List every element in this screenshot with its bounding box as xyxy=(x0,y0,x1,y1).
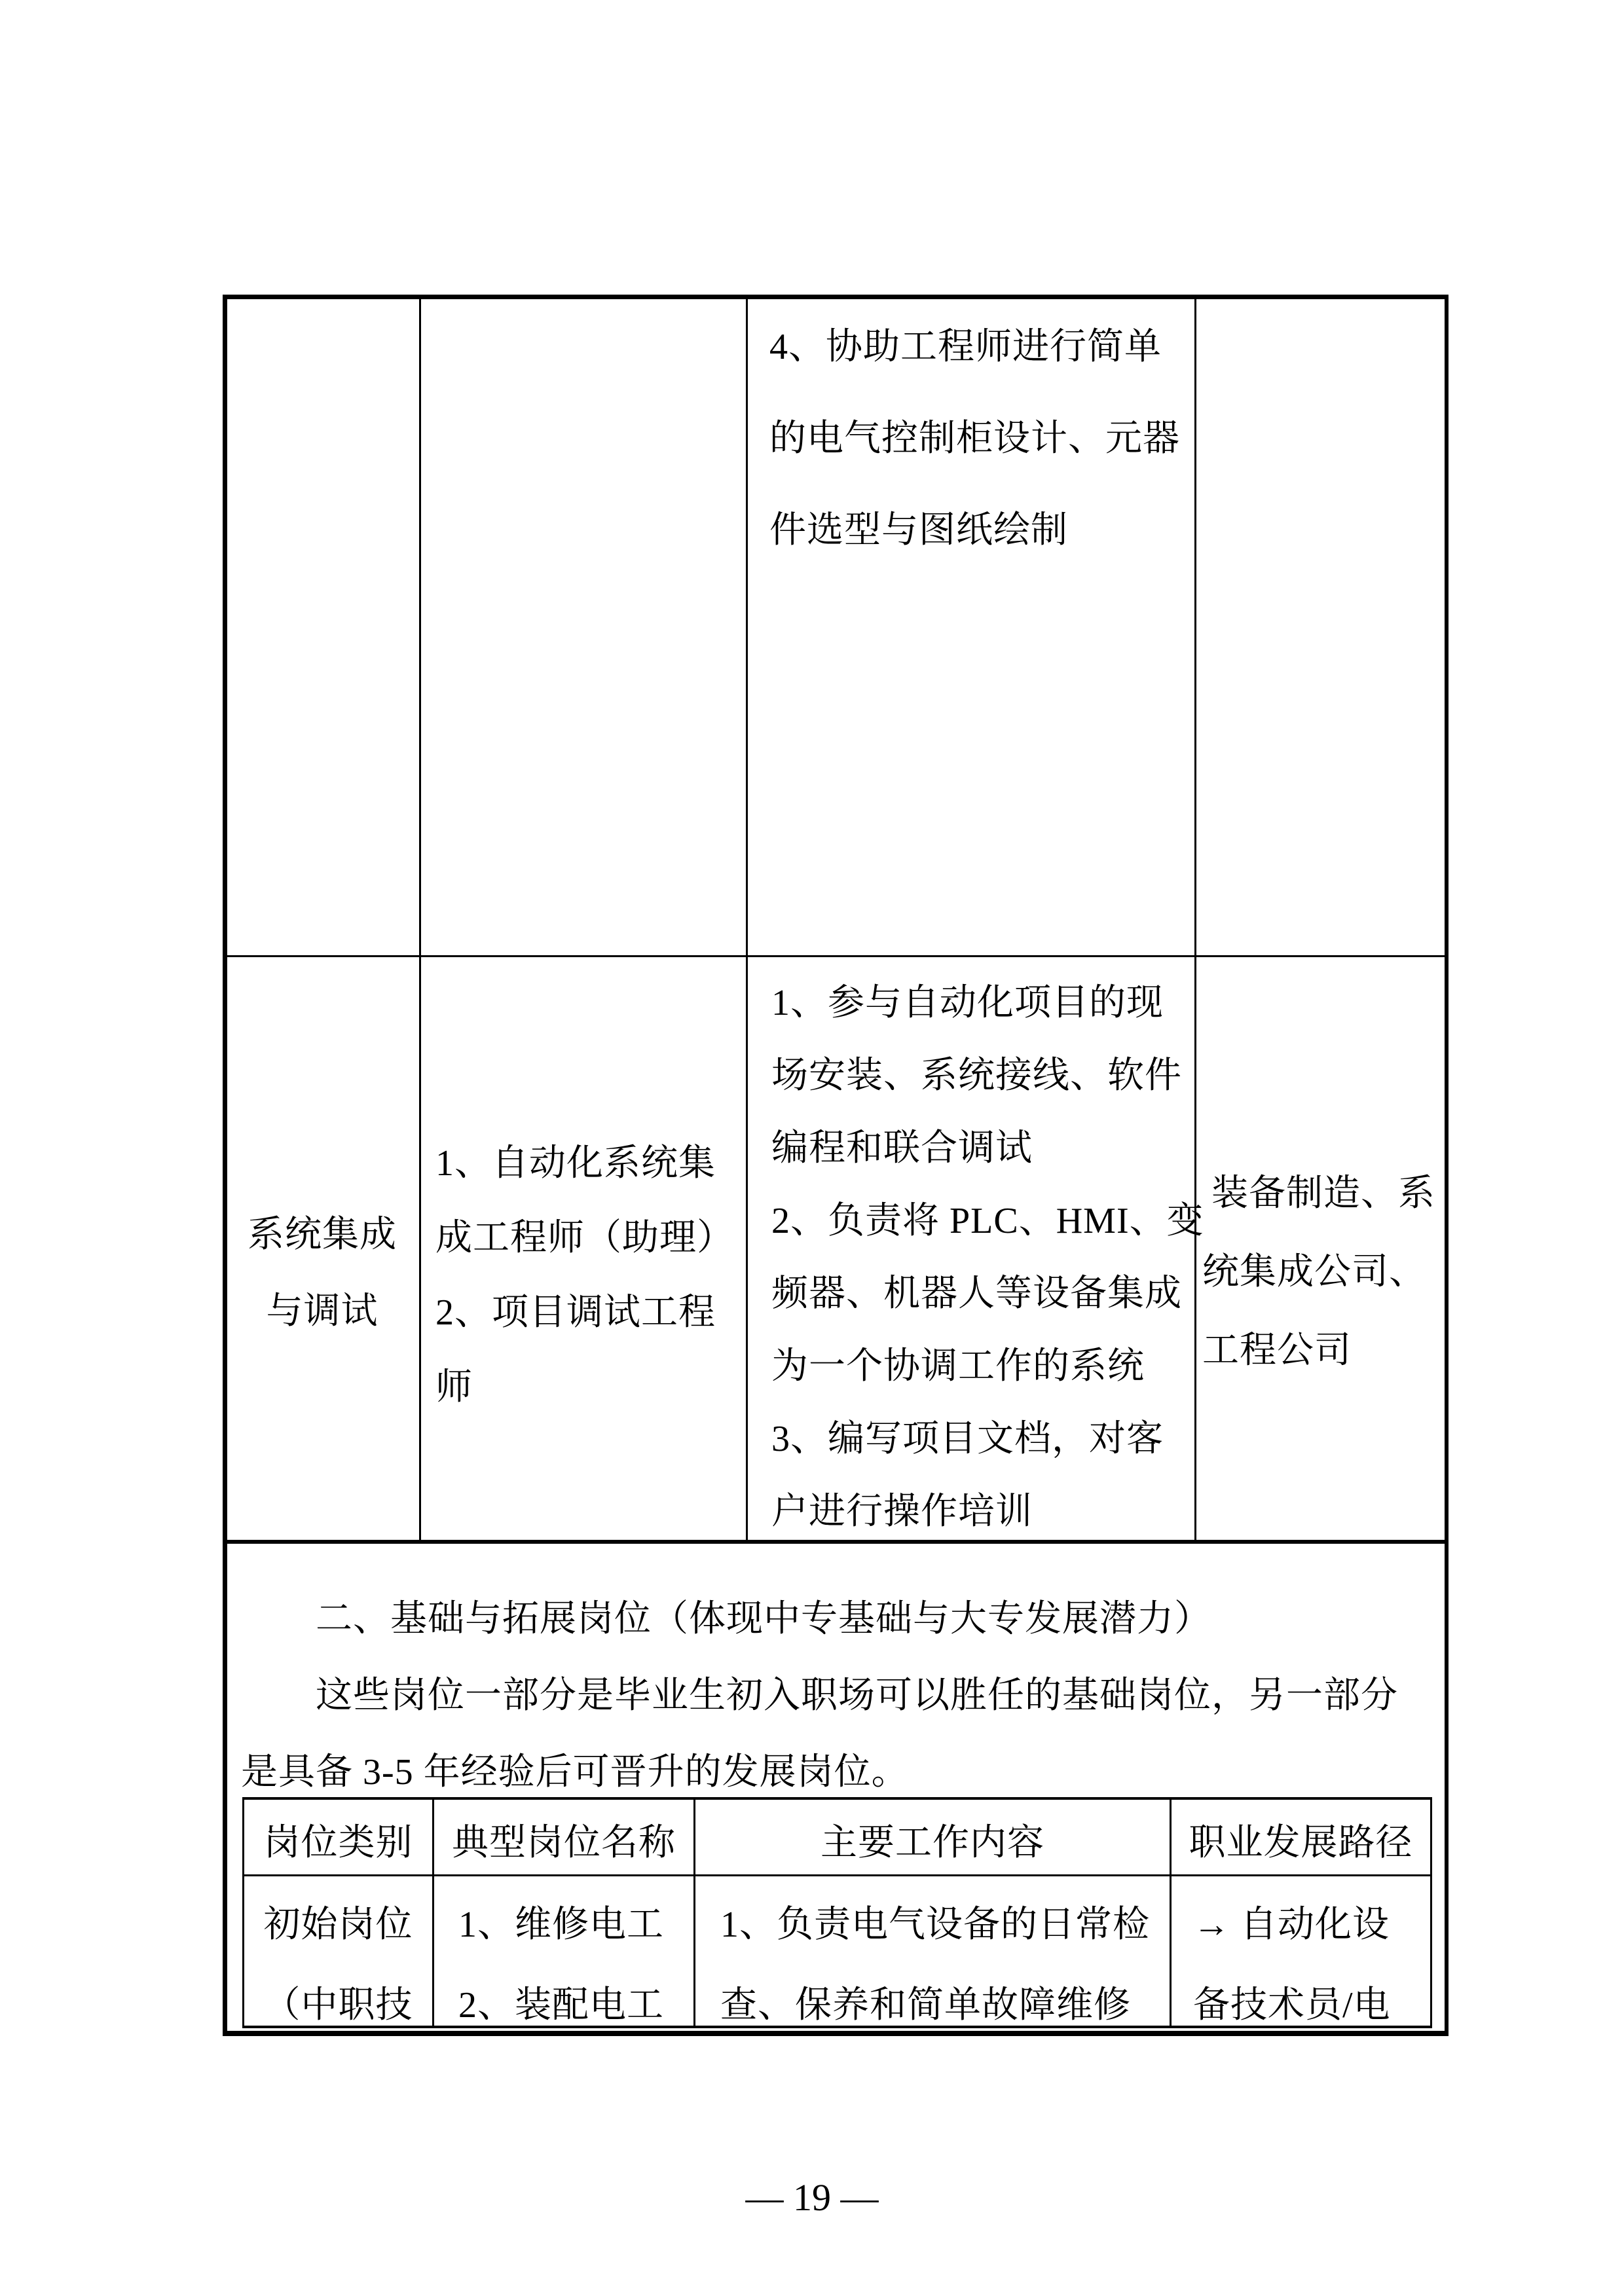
table2-row1-col2-line: 2、装配电工 xyxy=(458,1982,664,2028)
table2-header-cell: 岗位类别 xyxy=(244,1820,432,1866)
table1-divider-col1 xyxy=(419,299,421,1543)
table1-divider-col3 xyxy=(1194,299,1196,1543)
outer-border-top xyxy=(223,295,1449,299)
table1-rowB-col3-line: 户进行操作培训 xyxy=(771,1489,1033,1535)
table1-rowB-col2-line: 成工程师（助理） xyxy=(435,1215,734,1261)
table1-rowB-col2-line: 2、项目调试工程 xyxy=(435,1290,716,1336)
table1-rowB-col2-line: 师 xyxy=(435,1364,473,1410)
table1-rowB-col3-line: 3、编写项目文档，对客 xyxy=(771,1416,1164,1462)
table1-rowB-col4-line: 工程公司 xyxy=(1202,1328,1352,1374)
table1-rowB-col1-line: 系统集成 xyxy=(225,1212,420,1258)
table1-rowB-col3-line: 编程和联合调试 xyxy=(771,1125,1033,1171)
section-body-line: 这些岗位一部分是毕业生初入职场可以胜任的基础岗位，另一部分 xyxy=(316,1673,1398,1719)
table2-row1-col4-line: → 自动化设 xyxy=(1193,1902,1390,1948)
outer-border-right xyxy=(1445,295,1449,2036)
table1-rowA-col3-line: 的电气控制柜设计、元器 xyxy=(769,416,1180,462)
table2-border-top xyxy=(242,1797,1432,1800)
table1-rowB-col3-line: 场安装、系统接线、软件 xyxy=(771,1053,1182,1099)
table1-rowA-col3-line: 4、协助工程师进行简单 xyxy=(769,324,1162,370)
table2-row1-col1-line: 初始岗位 xyxy=(244,1902,432,1948)
table1-rowA-col3-line: 件选型与图纸绘制 xyxy=(769,507,1068,553)
table2-border-right xyxy=(1430,1797,1432,2028)
table1-divider-col2 xyxy=(746,299,748,1543)
table1-rowB-col3-line: 1、参与自动化项目的现 xyxy=(771,980,1164,1026)
outer-border-bottom xyxy=(223,2031,1449,2036)
table1-border-bottom xyxy=(225,1540,1447,1544)
table2-row1-col2-line: 1、维修电工 xyxy=(458,1902,664,1948)
page-number: — 19 — xyxy=(0,2177,1624,2219)
table2-header-divider xyxy=(242,1874,1432,1876)
section-heading: 二、基础与拓展岗位（体现中专基础与大专发展潜力） xyxy=(316,1596,1211,1642)
table1-rowB-col4-line: 装备制造、系 xyxy=(1211,1171,1435,1216)
table2-header-cell: 典型岗位名称 xyxy=(434,1820,693,1866)
table2-row1-col4-line: 备技术员/电 xyxy=(1193,1982,1391,2028)
table2-row1-col3-line: 1、负责电气设备的日常检 xyxy=(720,1902,1150,1948)
table1-row-divider xyxy=(225,955,1447,957)
table1-rowB-col2-line: 1、自动化系统集 xyxy=(435,1140,716,1186)
table1-rowB-col1-line: 与调试 xyxy=(225,1288,420,1334)
table2-header-cell: 职业发展路径 xyxy=(1172,1820,1430,1866)
table1-rowB-col4-line: 统集成公司、 xyxy=(1202,1249,1426,1295)
table1-rowB-col3-line: 频器、机器人等设备集成 xyxy=(771,1271,1182,1317)
table2-row1-col3-line: 查、保养和简单故障维修 xyxy=(720,1982,1131,2028)
table1-rowB-col3-line: 为一个协调工作的系统 xyxy=(771,1343,1145,1389)
section-body-line: 是具备 3-5 年经验后可晋升的发展岗位。 xyxy=(241,1749,909,1795)
table2-header-cell: 主要工作内容 xyxy=(695,1820,1170,1866)
document-page: 4、协助工程师进行简单 的电气控制柜设计、元器 件选型与图纸绘制 系统集成 与调… xyxy=(0,0,1624,2296)
table2-row1-col1-line: （中职技 xyxy=(244,1982,432,2028)
outer-border-left xyxy=(223,295,227,2036)
table1-rowB-col3-line: 2、负责将 PLC、HMI、变 xyxy=(771,1198,1204,1244)
